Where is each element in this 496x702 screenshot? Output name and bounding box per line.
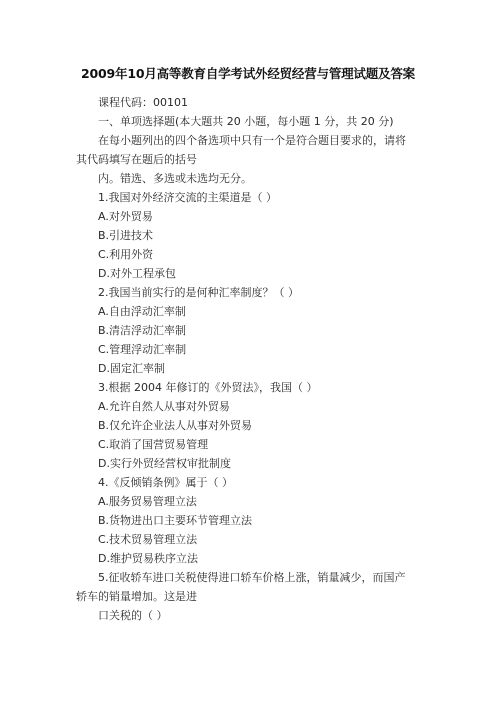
question-2-stem: 2.我国当前实行的是何种汇率制度？（ ） <box>98 286 299 300</box>
question-4-option-b: B.货物进出口主要环节管理立法 <box>98 514 252 528</box>
question-4-option-a: A.服务贸易管理立法 <box>98 495 197 509</box>
question-4-option-c: C.技术贸易管理立法 <box>98 533 197 547</box>
question-3-option-b: B.仅允许企业法人从事对外贸易 <box>98 419 252 433</box>
question-3-stem: 3.根据 2004 年修订的《外贸法》，我国（ ） <box>98 381 317 395</box>
question-1-option-b: B.引进技术 <box>98 229 153 243</box>
section-heading: 一、单项选择题(本大题共 20 小题，每小题 1 分，共 20 分) <box>98 115 394 129</box>
question-1-option-d: D.对外工程承包 <box>98 267 176 281</box>
question-4-option-d: D.维护贸易秩序立法 <box>98 552 198 566</box>
question-2-option-b: B.清洁浮动汇率制 <box>98 324 186 338</box>
question-4-stem: 4.《反倾销条例》属于（ ） <box>98 476 233 490</box>
question-3-option-a: A.允许自然人从事对外贸易 <box>98 400 230 414</box>
instructions-line-1: 在每小题列出的四个备选项中只有一个是符合题目要求的，请将 <box>98 134 406 148</box>
document-title: 2009年10月高等教育自学考试外经贸经营与管理试题及答案 <box>0 64 496 82</box>
instructions-line-2: 其代码填写在题后的括号 <box>76 153 197 167</box>
question-5-stem-line-3: 口关税的（ ） <box>98 609 168 623</box>
course-code: 课程代码：00101 <box>98 96 188 110</box>
question-1-stem: 1.我国对外经济交流的主渠道是（ ） <box>98 191 277 205</box>
question-1-option-c: C.利用外资 <box>98 248 153 262</box>
question-2-option-a: A.自由浮动汇率制 <box>98 305 186 319</box>
question-5-stem-line-1: 5.征收轿车进口关税使得进口轿车价格上涨，销量减少，而国产 <box>98 571 406 585</box>
question-1-option-a: A.对外贸易 <box>98 210 153 224</box>
question-2-option-c: C.管理浮动汇率制 <box>98 343 186 357</box>
question-3-option-c: C.取消了国营贸易管理 <box>98 438 208 452</box>
question-2-option-d: D.固定汇率制 <box>98 362 165 376</box>
question-5-stem-line-2: 轿车的销量增加。这是进 <box>76 590 197 604</box>
question-3-option-d: D.实行外贸经营权审批制度 <box>98 457 231 471</box>
instructions-line-3: 内。错选、多选或未选均无分。 <box>98 172 252 186</box>
